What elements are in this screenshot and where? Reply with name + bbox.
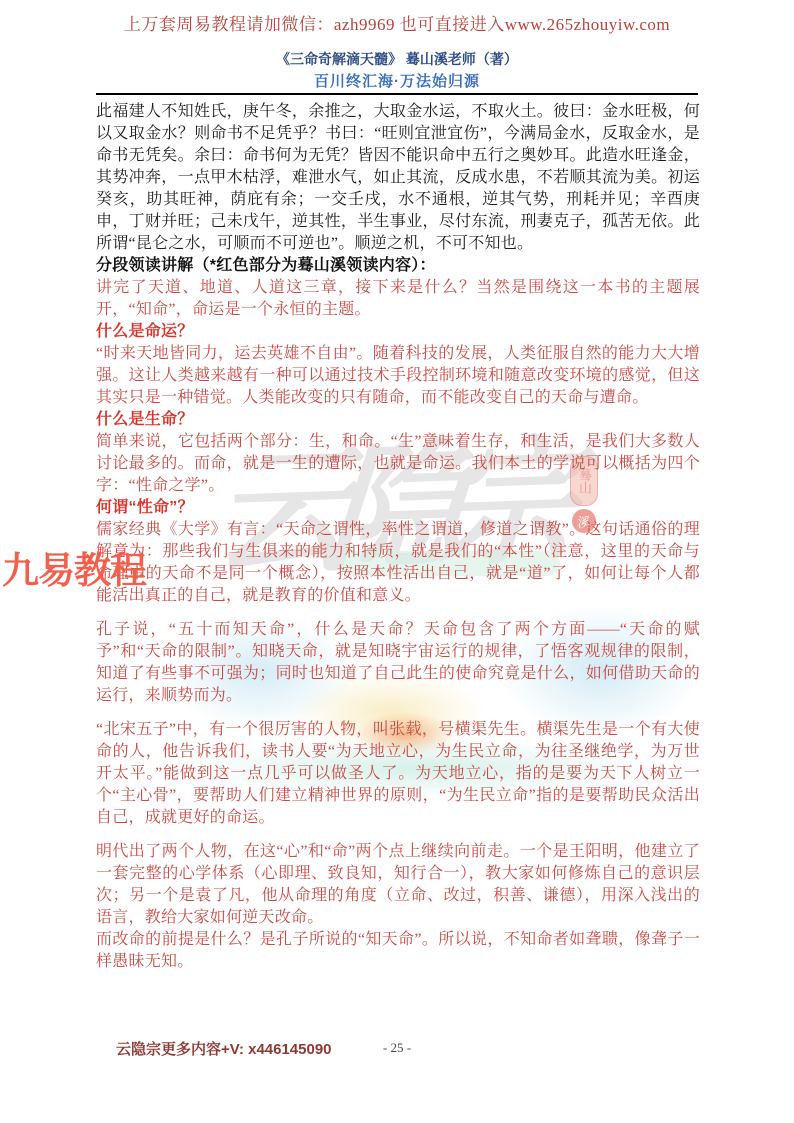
red-paragraph: 明代出了两个人物，在这“心”和“命”两个点上继续向前走。一个是王阳明，他建立了一…: [96, 841, 700, 929]
promo-notice: 上万套周易教程请加微信：azh9969 也可直接进入www.265zhouyiw…: [0, 10, 794, 35]
opening-paragraph: 此福建人不知姓氏，庚午冬，余推之，大取金水运，不取火土。彼曰：金水旺极，何以又取…: [96, 101, 700, 255]
red-paragraph: “北宋五子”中，有一个很厉害的人物，叫张载，号横渠先生。横渠先生是一个有大使命的…: [96, 719, 700, 829]
qa-question: 什么是命运？: [96, 321, 700, 343]
lead-in-paragraph: 讲完了天道、地道、人道这三章，接下来是什么？当然是围绕这一本书的主题展开，“知命…: [96, 277, 700, 321]
article-body: 此福建人不知姓氏，庚午冬，余推之，大取金水运，不取火土。彼曰：金水旺极，何以又取…: [96, 101, 700, 973]
page-number: - 25 -: [0, 1040, 794, 1056]
section-heading: 分段领读讲解（*红色部分为蓦山溪领读内容）：: [96, 255, 700, 277]
qa-question: 什么是生命？: [96, 409, 700, 431]
header-divider: [96, 93, 698, 95]
qa-question: 何谓“性命”？: [96, 497, 700, 519]
side-brand-watermark: 九易教程: [2, 540, 146, 594]
book-title: 《三命奇解滴天髓》 蓦山溪老师（著）: [0, 49, 794, 69]
document-page: 云隐宗 蓦山 溪 上万套周易教程请加微信：azh9969 也可直接进入www.2…: [0, 0, 794, 1123]
red-paragraph: 孔子说，“五十而知天命”，什么是天命？天命包含了两个方面——“天命的赋予”和“天…: [96, 619, 700, 707]
qa-answer: “时来天地皆同力，运去英雄不自由”。随着科技的发展，人类征服自然的能力大大增强。…: [96, 343, 700, 409]
red-paragraph: 而改命的前提是什么？是孔子所说的“知天命”。所以说，不知命者如聋聩，像聋子一样愚…: [96, 929, 700, 973]
qa-answer: 儒家经典《大学》有言：“天命之谓性，率性之谓道，修道之谓教”。这句话通俗的理解意…: [96, 519, 700, 607]
book-motto: 百川终汇海·万法始归源: [0, 70, 794, 91]
qa-answer: 简单来说，它包括两个部分：生，和命。“生”意味着生存，和生活，是我们大多数人讨论…: [96, 431, 700, 497]
